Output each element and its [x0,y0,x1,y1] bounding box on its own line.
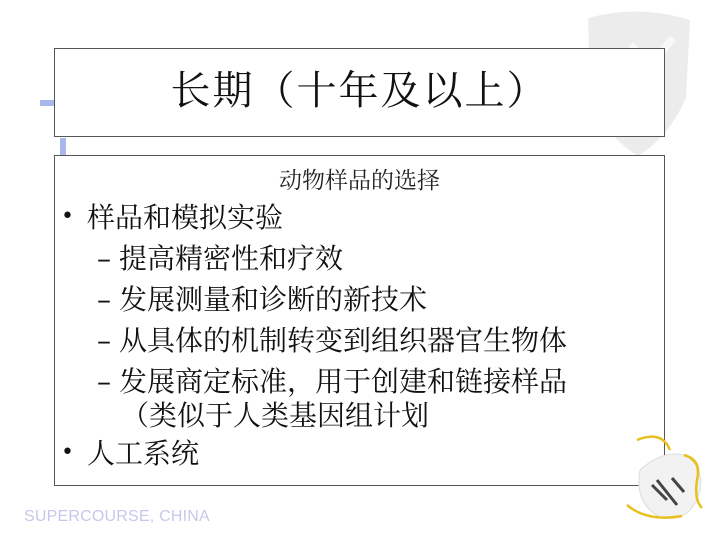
content-box: 动物样品的选择 • 样品和模拟实验 –提高精密性和疗效 –发展测量和诊断的新技术… [54,155,665,486]
bullet-icon: • [61,440,74,465]
bullet-item: 人工系统 [87,432,199,472]
respirator-mask-icon [622,410,712,525]
dash-icon: – [97,283,119,316]
dash-icon: – [97,365,119,398]
accent-bar-horizontal [40,100,55,106]
sub-bullet-continuation: （类似于人类基因组计划 [121,394,429,434]
dash-icon: – [97,242,119,275]
slide-title: 长期（十年及以上） [55,59,664,116]
accent-bar-vertical [60,138,66,156]
slide-subtitle: 动物样品的选择 [55,162,664,195]
sub-bullet-item: –提高精密性和疗效 [97,237,343,277]
footer-brand: SUPERCOURSE, CHINA [24,508,210,526]
dash-icon: – [97,324,119,357]
bullet-item: 样品和模拟实验 [87,196,283,236]
sub-bullet-item: –从具体的机制转变到组织器官生物体 [97,319,567,359]
bullet-icon: • [61,204,74,229]
title-box: 长期（十年及以上） [54,48,665,137]
sub-bullet-item: –发展测量和诊断的新技术 [97,278,427,318]
